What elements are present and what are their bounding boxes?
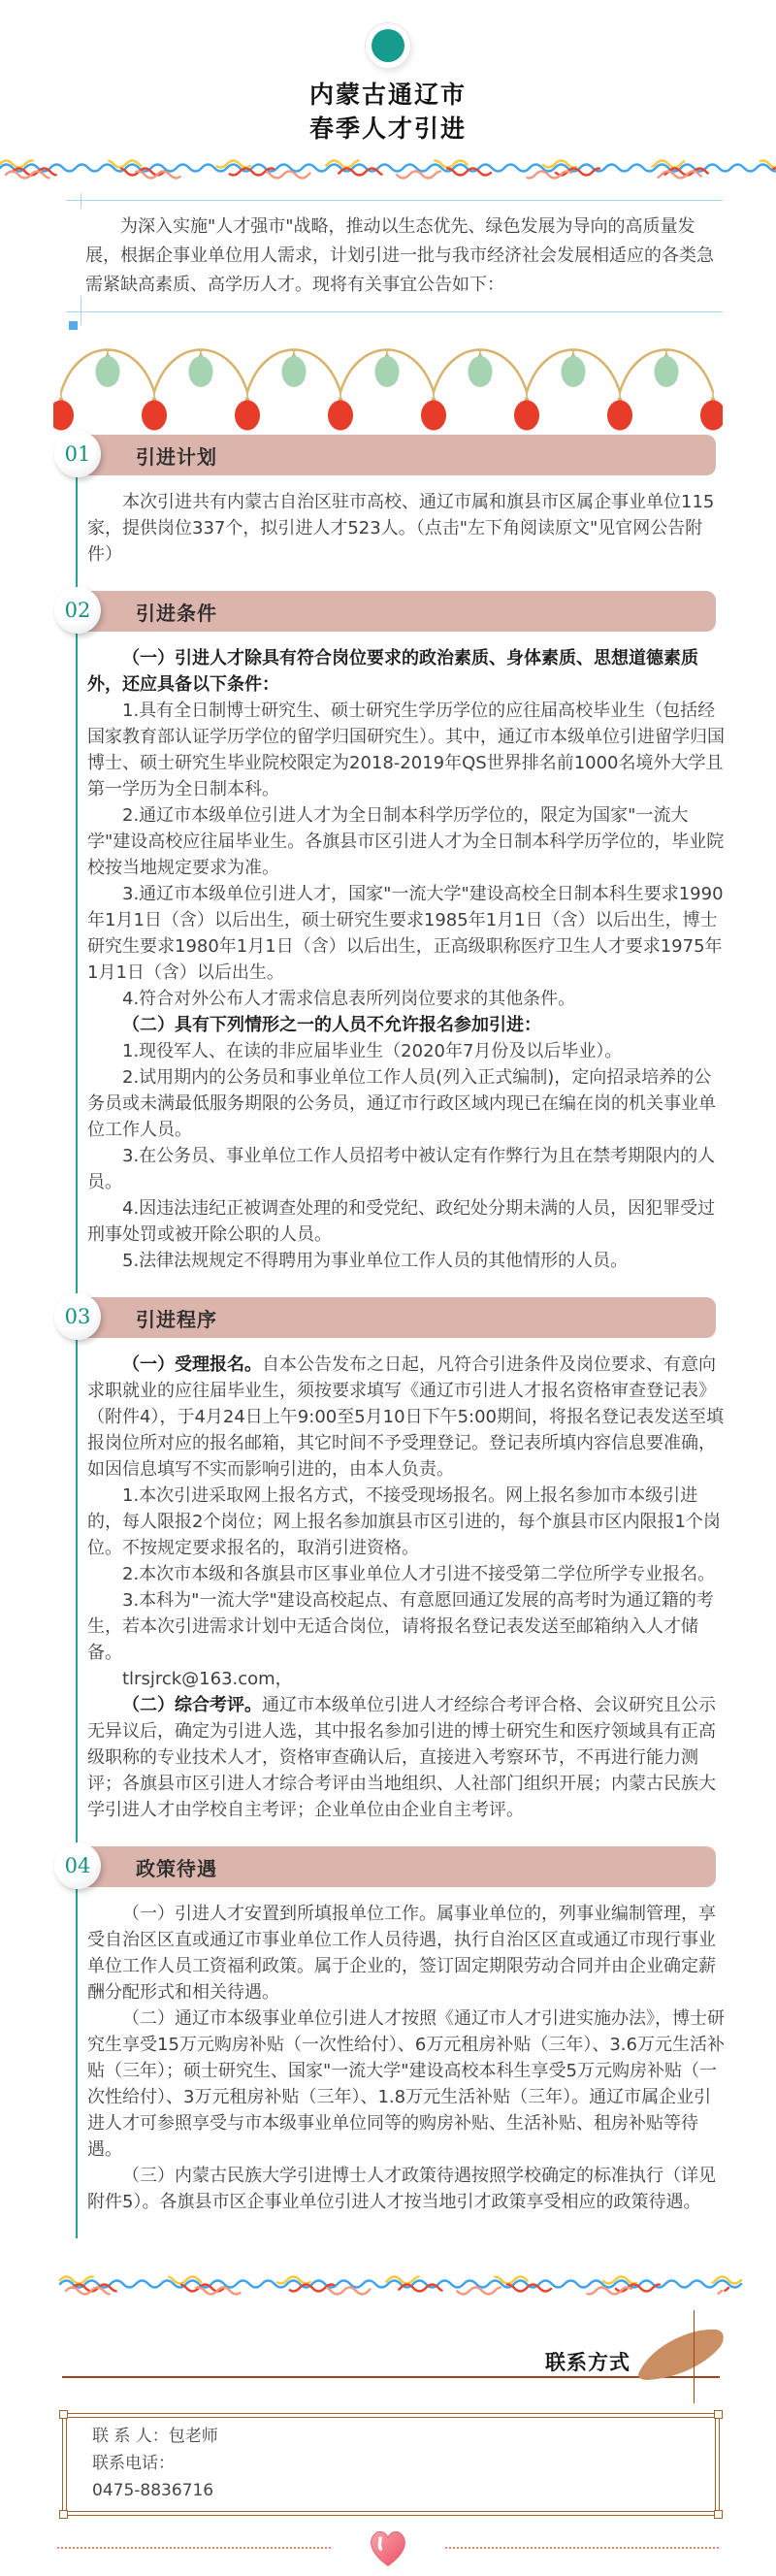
title-line-2: 春季人才引进 (0, 112, 776, 146)
paragraph: （一）受理报名。自本公告发布之日起，凡符合引进条件及岗位要求、有意向求职就业的应… (87, 1352, 727, 1483)
section-title: 引进条件 (136, 598, 217, 626)
contact-heading: 联系方式 (545, 2347, 630, 2376)
paragraph: （一）引进人才安置到所填报单位工作。属事业单位的，列事业编制管理，享受自治区区直… (87, 1901, 727, 2005)
section-title: 引进程序 (136, 1304, 217, 1332)
paragraph: 4.符合对外公布人才需求信息表所列岗位要求的其他条件。 (87, 986, 727, 1012)
paragraph: 4.因违法违纪正被调查处理的和受党纪、政纪处分期未满的人员，因犯罪受过刑事处罚或… (87, 1195, 727, 1248)
frame-tick-top (81, 193, 81, 209)
corner-square (59, 2510, 68, 2519)
intro-frame: 为深入实施"人才强市"战略，推动以生态优先、绿色发展为导向的高质量发展，根据企事… (66, 200, 723, 312)
corner-square (59, 2410, 68, 2419)
dotted-line-left (57, 2547, 331, 2549)
paragraph: 5.法律法规规定不得聘用为事业单位工作人员的其他情形的人员。 (87, 1248, 727, 1274)
sections: 01引进计划本次引进共有内蒙古自治区驻市高校、通辽市属和旗县市区属企事业单位11… (0, 435, 776, 2215)
section-header-bar: 04政策待遇 (80, 1846, 716, 1887)
contact-phone-number: 0475-8836716 (92, 2477, 690, 2504)
section-04: 04政策待遇（一）引进人才安置到所填报单位工作。属事业单位的，列事业编制管理，享… (0, 1846, 776, 2215)
frame-tick-bottom (81, 296, 81, 325)
contact-box: 联 系 人：包老师 联系电话： 0475-8836716 (62, 2413, 720, 2516)
paragraph: （二）综合考评。通辽市本级单位引进人才经综合考评合格、会议研究且公示无异议后，确… (87, 1692, 727, 1823)
wavy-divider-bottom (0, 2271, 776, 2297)
section-header-bar: 02引进条件 (80, 591, 716, 632)
paragraph: 1.现役军人、在读的非应届毕业生（2020年7月份及以后毕业）。 (87, 1038, 727, 1064)
contact-phone-label: 联系电话： (92, 2450, 690, 2477)
intro-paragraph: 为深入实施"人才强市"战略，推动以生态优先、绿色发展为导向的高质量发展，根据企事… (85, 212, 721, 300)
paragraph: （二）具有下列情形之一的人员不允许报名参加引进： (87, 1012, 727, 1038)
wavy-divider-top (0, 155, 776, 180)
paragraph: 2.本次市本级和各旗县市区事业单位人才引进不接受第二学位所学专业报名。 (87, 1561, 727, 1587)
contact-heading-block: 联系方式 (62, 2322, 720, 2378)
contact-person: 联 系 人：包老师 (92, 2423, 690, 2450)
title-line-1: 内蒙古通辽市 (0, 78, 776, 112)
section-header-bar: 01引进计划 (80, 435, 716, 475)
section-header-bar: 03引进程序 (80, 1297, 716, 1338)
paragraph: tlrsjrck@163.com， (87, 1666, 727, 1692)
section-title: 政策待遇 (136, 1853, 217, 1881)
section-03: 03引进程序（一）受理报名。自本公告发布之日起，凡符合引进条件及岗位要求、有意向… (0, 1297, 776, 1823)
paragraph: 2.试用期内的公务员和事业单位工作人员(列入正式编制)，定向招录培养的公务员或未… (87, 1064, 727, 1143)
paragraph: （三）内蒙古民族大学引进博士人才政策待遇按照学校确定的标准执行（详见附件5）。各… (87, 2163, 727, 2215)
section-number-badge: 03 (54, 1293, 101, 1340)
paragraph: 1.本次引进采取网上报名方式，不接受现场报名。网上报名参加市本级引进的，每人限报… (87, 1483, 727, 1561)
teal-dot-icon (372, 29, 404, 62)
paragraph: 3.本科为"一流大学"建设高校起点、有意愿回通辽发展的高考时为通辽籍的考生，若本… (87, 1587, 727, 1666)
contact-vline (694, 2310, 695, 2403)
paragraph-lead: （一）受理报名。 (122, 1354, 262, 1375)
section-number-badge: 01 (54, 431, 101, 477)
section-body: （一）受理报名。自本公告发布之日起，凡符合引进条件及岗位要求、有意向求职就业的应… (87, 1352, 727, 1823)
paragraph: （二）通辽市本级事业单位引进人才按照《通辽市人才引进实施办法》，博士研究生享受1… (87, 2005, 727, 2163)
corner-square (714, 2510, 723, 2519)
section-title: 引进计划 (136, 441, 217, 470)
paragraph: 3.通辽市本级单位引进人才，国家"一流大学"建设高校全日制本科生要求1990年1… (87, 881, 727, 986)
dotted-line-right (445, 2547, 719, 2549)
corner-square (714, 2410, 723, 2419)
paragraph: 本次引进共有内蒙古自治区驻市高校、通辽市属和旗县市区属企事业单位115家，提供岗… (87, 489, 727, 568)
brush-stroke-icon (632, 2318, 729, 2394)
paragraph: 3.在公务员、事业单位工作人员招考中被认定有作弊行为且在禁考期限内的人员。 (87, 1143, 727, 1195)
section-number-badge: 04 (54, 1842, 101, 1889)
section-body: 本次引进共有内蒙古自治区驻市高校、通辽市属和旗县市区属企事业单位115家，提供岗… (87, 489, 727, 568)
section-02: 02引进条件（一）引进人才除具有符合岗位要求的政治素质、身体素质、思想道德素质外… (0, 591, 776, 1274)
contact-inner: 联 系 人：包老师 联系电话： 0475-8836716 (66, 2417, 716, 2512)
string-lights-icon (53, 328, 723, 431)
section-body: （一）引进人才除具有符合岗位要求的政治素质、身体素质、思想道德素质外，还应具备以… (87, 645, 727, 1274)
section-number-badge: 02 (54, 587, 101, 634)
heart-icon (366, 2526, 410, 2570)
flex-spacer (0, 2215, 776, 2262)
page-title: 内蒙古通辽市 春季人才引进 (0, 78, 776, 146)
paragraph: 1.具有全日制博士研究生、硕士研究生学历学位的应往届高校毕业生（包括经国家教育部… (87, 698, 727, 802)
blue-square-ornament (69, 321, 78, 330)
paragraph: （一）引进人才除具有符合岗位要求的政治素质、身体素质、思想道德素质外，还应具备以… (87, 645, 727, 698)
paragraph: 2.通辽市本级单位引进人才为全日制本科学历学位的，限定为国家"一流大学"建设高校… (87, 802, 727, 881)
footer-divider (0, 2526, 776, 2570)
section-body: （一）引进人才安置到所填报单位工作。属事业单位的，列事业编制管理，享受自治区区直… (87, 1901, 727, 2215)
article-page: 内蒙古通辽市 春季人才引进 为深入实施"人才强市"战略，推动以生态优先、绿色发展… (0, 0, 776, 2576)
section-01: 01引进计划本次引进共有内蒙古自治区驻市高校、通辽市属和旗县市区属企事业单位11… (0, 435, 776, 568)
paragraph-lead: （二）综合考评。 (122, 1695, 262, 1715)
